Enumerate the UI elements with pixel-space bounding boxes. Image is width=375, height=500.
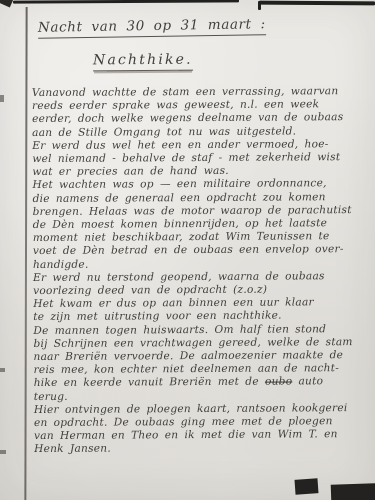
manuscript-line: wel niemand - behalve de staf - met zeke… [32, 151, 373, 166]
page-top-edge-left [13, 0, 239, 4]
photo-corner-mark [0, 0, 13, 8]
photo-artifact-bottom-right-1 [295, 478, 319, 495]
journal-page-photo: Nacht van 30 op 31 maart : Nachthike. Va… [0, 0, 375, 500]
page-top-edge-hook [258, 1, 261, 10]
manuscript-line: van Herman en Theo en ik met die van Wim… [34, 428, 375, 443]
photo-artifact-bottom-right-2 [331, 483, 375, 500]
entry-subtitle: Nachthike. [93, 52, 193, 72]
photo-artifact-left-3 [0, 450, 6, 454]
photo-artifact-left-1 [0, 95, 4, 102]
entry-title: Nacht van 30 op 31 maart : [38, 16, 266, 39]
manuscript-line: Henk Jansen. [34, 441, 375, 456]
margin-ruled-line [24, 7, 27, 500]
manuscript-line: Er werd nu terstond geopend, waarna de o… [33, 270, 374, 285]
manuscript-line: Vanavond wachtte de stam een verrassing,… [32, 85, 373, 100]
photo-artifact-left-2 [0, 368, 5, 372]
manuscript-line: voet de Dèn betrad en de oubaas een enve… [33, 243, 374, 258]
manuscript-line: reis mee, kon echter niet deelnemen aan … [34, 362, 375, 377]
manuscript-line: eerder, doch welke wegens deelname van d… [32, 111, 373, 126]
manuscript-body: Vanavond wachtte de stam een verrassing,… [32, 85, 375, 457]
page-top-edge-right [259, 1, 375, 6]
manuscript-content: Nacht van 30 op 31 maart : Nachthike. Va… [33, 15, 374, 456]
